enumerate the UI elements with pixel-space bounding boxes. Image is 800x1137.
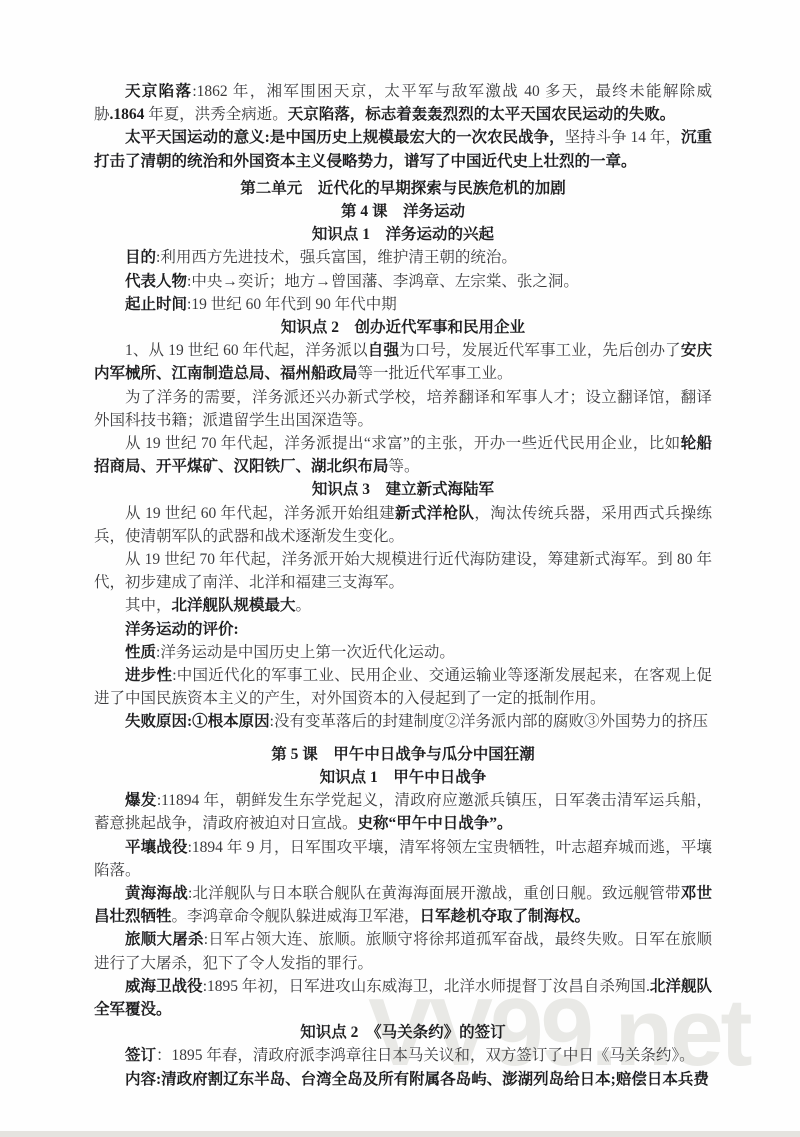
paragraph: 起止时间:19 世纪 60 年代到 90 年代中期 <box>94 293 712 316</box>
text-segment: 知识点 3 建立新式海陆军 <box>312 481 494 498</box>
section-heading: 知识点 2 《马关条约》的签订 <box>94 1021 712 1044</box>
document-body: 天京陷落:1862 年，湘军围困天京，太平军与敌军激战 40 多天，最终未能解除… <box>94 80 712 1091</box>
text-segment: 知识点 1 洋务运动的兴起 <box>312 226 494 243</box>
section-heading: 知识点 1 甲午中日战争 <box>94 766 712 789</box>
paragraph: 1、从 19 世纪 60 年代起，洋务派以自强为口号，发展近代军事工业，先后创办… <box>94 339 712 385</box>
text-segment: :利用西方先进技术，强兵富国，维护清王朝的统治。 <box>156 249 517 266</box>
section-heading: 知识点 1 洋务运动的兴起 <box>94 223 712 246</box>
paragraph: 太平天国运动的意义:是中国历史上规模最宏大的一次农民战争，坚持斗争 14 年，沉… <box>94 126 712 172</box>
section-heading: 第二单元 近代化的早期探索与民族危机的加剧 <box>94 177 712 200</box>
text-segment: 洋务运动的评价: <box>125 621 239 638</box>
paragraph: 内容:清政府割辽东半岛、台湾全岛及所有附属各岛屿、澎湖列岛给日本;赔偿日本兵费 <box>94 1068 712 1091</box>
paragraph: 目的:利用西方先进技术，强兵富国，维护清王朝的统治。 <box>94 246 712 269</box>
text-segment: :1895 年初，日军进攻山东威海卫，北洋水师提督丁汝昌自杀殉国. <box>203 978 650 995</box>
page-bottom-edge <box>0 1131 800 1137</box>
text-segment: :没有变革落后的封建制度②洋务派内部的腐败③外国势力的挤压 <box>270 713 708 730</box>
paragraph: 进步性:中国近代化的军事工业、民用企业、交通运输业等逐渐发展起来，在客观上促进了… <box>94 664 712 710</box>
paragraph: 天京陷落:1862 年，湘军围困天京，太平军与敌军激战 40 多天，最终未能解除… <box>94 80 712 126</box>
text-segment: 等一批近代军事工业。 <box>358 365 513 382</box>
text-segment: :洋务运动是中国历史上第一次近代化运动。 <box>156 644 455 661</box>
text-segment: 旅顺大屠杀 <box>125 931 204 948</box>
text-segment: 。 <box>296 597 312 614</box>
text-segment: 等。 <box>389 458 420 475</box>
text-segment: .1864 <box>110 106 149 123</box>
text-segment: 第 5 课 甲午中日战争与瓜分中国狂潮 <box>271 746 535 763</box>
paragraph: 从 19 世纪 70 年代起，洋务派提出“求富”的主张，开办一些近代民用企业，比… <box>94 432 712 478</box>
paragraph: 从 19 世纪 60 年代起，洋务派开始组建新式洋枪队，淘汰传统兵器，采用西式兵… <box>94 502 712 548</box>
text-segment: 日军趁机夺取了制海权。 <box>420 908 591 925</box>
text-segment: 天京陷落，标志着轰轰烈烈的太平天国农民运动的失败。 <box>288 106 676 123</box>
text-segment: 爆发 <box>125 792 157 809</box>
section-heading: 第 5 课 甲午中日战争与瓜分中国狂潮 <box>94 743 712 766</box>
text-segment: 其中， <box>125 597 172 614</box>
paragraph: 平壤战役:1894 年 9 月，日军围攻平壤，清军将领左宝贵牺牲，叶志超弃城而逃… <box>94 836 712 882</box>
text-segment: 北洋舰队规模最大 <box>172 597 296 614</box>
text-segment: 威海卫战役 <box>125 978 203 995</box>
text-segment: 进步性 <box>125 667 172 684</box>
text-segment: 第二单元 近代化的早期探索与民族危机的加剧 <box>240 180 566 197</box>
text-segment: 新式洋枪队 <box>395 505 474 522</box>
text-segment: 太平天国运动的意义:是中国历史上规模最宏大的一次农民战争， <box>125 129 565 146</box>
text-segment: 性质 <box>125 644 156 661</box>
text-segment: 1、从 19 世纪 60 年代起，洋务派以 <box>125 342 368 359</box>
text-segment: 为了洋务的需要，洋务派还兴办新式学校，培养翻译和军事人才；设立翻译馆，翻译外国科… <box>94 389 712 429</box>
text-segment: :1894 年 9 月，日军围攻平壤，清军将领左宝贵牺牲，叶志超弃城而逃，平壤陷… <box>94 839 712 879</box>
text-segment: 起止时间 <box>125 296 187 313</box>
paragraph: 为了洋务的需要，洋务派还兴办新式学校，培养翻译和军事人才；设立翻译馆，翻译外国科… <box>94 386 712 432</box>
text-segment: 从 19 世纪 70 年代起，洋务派开始大规模进行近代海防建设，筹建新式海军。到… <box>94 551 712 591</box>
section-heading: 第 4 课 洋务运动 <box>94 200 712 223</box>
text-segment: 代表人物 <box>125 273 187 290</box>
text-segment: 坚持斗争 14 年， <box>565 129 681 146</box>
text-segment: 自强 <box>368 342 399 359</box>
section-heading: 知识点 2 创办近代军事和民用企业 <box>94 316 712 339</box>
text-segment: :中国近代化的军事工业、民用企业、交通运输业等逐渐发展起来，在客观上促进了中国民… <box>94 667 712 707</box>
text-segment: 签订 <box>125 1047 156 1064</box>
section-heading: 知识点 3 建立新式海陆军 <box>94 478 712 501</box>
text-segment: 。李鸿章命令舰队躲进威海卫军港， <box>172 908 420 925</box>
text-segment: :北洋舰队与日本联合舰队在黄海海面展开激战，重创日舰。致远舰管带 <box>188 885 681 902</box>
text-segment: 知识点 1 甲午中日战争 <box>320 769 487 786</box>
paragraph: 爆发:11894 年，朝鲜发生东学党起义，清政府应邀派兵镇压，日军袭击清军运兵船… <box>94 789 712 835</box>
text-segment: 天京陷落 <box>125 83 192 100</box>
paragraph: 从 19 世纪 70 年代起，洋务派开始大规模进行近代海防建设，筹建新式海军。到… <box>94 548 712 594</box>
text-segment: 平壤战役 <box>125 839 188 856</box>
paragraph: 黄海海战:北洋舰队与日本联合舰队在黄海海面展开激战，重创日舰。致远舰管带邓世昌壮… <box>94 882 712 928</box>
paragraph: 威海卫战役:1895 年初，日军进攻山东威海卫，北洋水师提督丁汝昌自杀殉国.北洋… <box>94 975 712 1021</box>
document-page: VV99.net 天京陷落:1862 年，湘军围困天京，太平军与敌军激战 40 … <box>0 0 800 1137</box>
text-segment: 知识点 2 创办近代军事和民用企业 <box>281 319 525 336</box>
text-segment: 第 4 课 洋务运动 <box>341 203 465 220</box>
paragraph: 其中，北洋舰队规模最大。 <box>94 594 712 617</box>
text-segment: 知识点 2 《马关条约》的签订 <box>300 1024 505 1041</box>
text-segment: 从 19 世纪 60 年代起，洋务派开始组建 <box>125 505 395 522</box>
text-segment: 为口号，发展近代军事工业，先后创办了 <box>399 342 681 359</box>
paragraph: 旅顺大屠杀:日军占领大连、旅顺。旅顺守将徐邦道孤军奋战，最终失败。日军在旅顺进行… <box>94 928 712 974</box>
paragraph: 代表人物:中央→奕䜣；地方→曾国藩、李鸿章、左宗棠、张之洞。 <box>94 270 712 293</box>
text-segment: 失败原因:①根本原因 <box>125 713 270 730</box>
text-segment: :19 世纪 60 年代到 90 年代中期 <box>187 296 397 313</box>
text-segment: 从 19 世纪 70 年代起，洋务派提出“求富”的主张，开办一些近代民用企业，比… <box>125 435 681 452</box>
text-segment: 黄海海战 <box>125 885 188 902</box>
paragraph: 洋务运动的评价: <box>94 618 712 641</box>
paragraph: 性质:洋务运动是中国历史上第一次近代化运动。 <box>94 641 712 664</box>
paragraph: 签订：1895 年春，清政府派李鸿章往日本马关议和，双方签订了中日《马关条约》。 <box>94 1044 712 1067</box>
text-segment: 史称“甲午中日战争”。 <box>358 815 513 832</box>
text-segment: 年夏，洪秀全病逝。 <box>148 106 288 123</box>
paragraph: 失败原因:①根本原因:没有变革落后的封建制度②洋务派内部的腐败③外国势力的挤压 <box>94 710 712 733</box>
text-segment: ：1895 年春，清政府派李鸿章往日本马关议和，双方签订了中日《马关条约》。 <box>156 1047 695 1064</box>
text-segment: :中央→奕䜣；地方→曾国藩、李鸿章、左宗棠、张之洞。 <box>187 273 579 290</box>
text-segment: 目的 <box>125 249 156 266</box>
text-segment: 内容:清政府割辽东半岛、台湾全岛及所有附属各岛屿、澎湖列岛给日本;赔偿日本兵费 <box>125 1071 709 1088</box>
